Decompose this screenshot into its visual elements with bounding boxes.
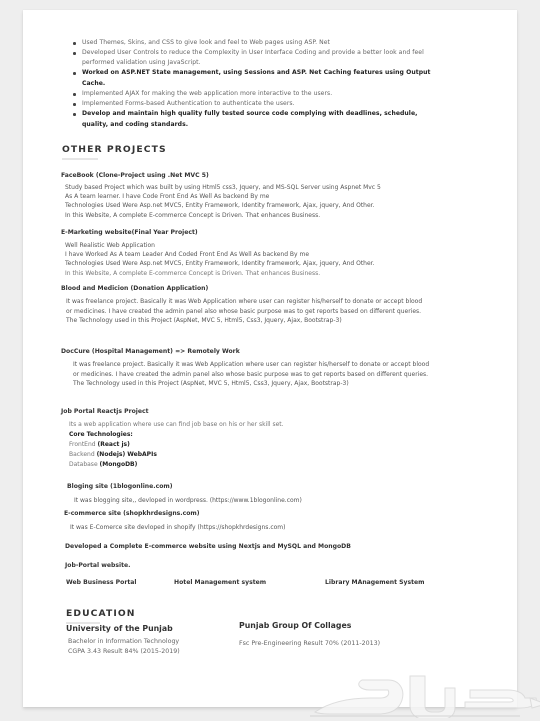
heading-underline	[62, 158, 98, 160]
tech-value: (React js)	[98, 441, 130, 448]
education-degree: Bachelor in Information Technology	[68, 637, 180, 647]
education-school-details: Bachelor in Information Technology CGPA …	[68, 637, 180, 657]
tech-value: (MongoDB)	[100, 461, 138, 468]
project-title-blood: Blood and Medicion (Donation Application…	[61, 285, 208, 292]
resume-page: Used Themes, Skins, and CSS to give look…	[23, 10, 517, 707]
body-line: I have Worked As A team Leader And Coded…	[65, 250, 375, 259]
education-school-details: Fsc Pre-Engineering Result 70% (2011-201…	[239, 639, 380, 649]
bullet-item: Implemented Forms-based Authentication t…	[73, 99, 443, 109]
tech-label: Backend	[69, 451, 97, 458]
tech-label: FrontEnd	[69, 441, 98, 448]
body-line: Technologies Used Were Asp.net MVC5, Ent…	[65, 259, 375, 268]
tech-frontend: FrontEnd (React js)	[69, 440, 284, 450]
project-title-jobportal: Job Portal Reactjs Project	[61, 408, 149, 415]
haraj-logo-icon	[310, 668, 540, 718]
body-line: Its a web application where use can find…	[69, 420, 284, 430]
education-degree: Fsc Pre-Engineering Result 70% (2011-201…	[239, 639, 380, 649]
core-label-text: Core Technologies:	[69, 431, 133, 438]
bullet-item: Implemented AJAX for making the web appl…	[73, 89, 443, 99]
tech-database: Database (MongoDB)	[69, 460, 284, 470]
tech-value: (Nodejs) WebAPIs	[97, 451, 157, 458]
education-school-name: Punjab Group Of Collages	[239, 621, 351, 630]
project-body-emarketing: Well Realistic Web Application I have Wo…	[65, 241, 375, 278]
project-body-jobportal: Its a web application where use can find…	[69, 420, 284, 470]
tech-backend: Backend (Nodejs) WebAPIs	[69, 450, 284, 460]
bullet-item: Develop and maintain high quality fully …	[73, 109, 443, 130]
education-school-name: University of the Punjab	[66, 624, 173, 633]
body-line: Technologies Used Were Asp.net MVC5, Ent…	[65, 201, 381, 210]
experience-bullets: Used Themes, Skins, and CSS to give look…	[73, 38, 443, 130]
bullet-item: Worked on ASP.NET State management, usin…	[73, 68, 443, 89]
core-technologies-label: Core Technologies:	[69, 430, 284, 440]
body-line: In this Website, A complete E-commerce C…	[65, 211, 381, 220]
tech-label: Database	[69, 461, 100, 468]
project-body-ecommerce: It was E-Comerce site devloped in shopif…	[70, 523, 285, 532]
other-projects-heading: OTHER PROJECTS	[62, 144, 167, 155]
project-body-blood: It was freelance project. Basically it w…	[66, 297, 426, 326]
body-line: Study based Project which was built by u…	[65, 183, 381, 192]
education-heading: EDUCATION	[66, 608, 136, 619]
project-title-blogging: Bloging site (1blogonline.com)	[67, 483, 173, 490]
project-title-facebook: FaceBook (Clone-Project using .Net MVC 5…	[61, 172, 209, 179]
project-jobportal-site: Job-Portal website.	[65, 562, 130, 569]
project-body-facebook: Study based Project which was built by u…	[65, 183, 381, 220]
education-result: CGPA 3.43 Result 84% (2015-2019)	[68, 647, 180, 657]
body-line: As A team learner. I have Code Front End…	[65, 192, 381, 201]
project-title-ecommerce: E-commerce site (shopkhrdesigns.com)	[64, 510, 200, 517]
body-line: Well Realistic Web Application	[65, 241, 375, 250]
bullet-item: Used Themes, Skins, and CSS to give look…	[73, 38, 443, 48]
project-title-doccure: DocCure (Hospital Management) => Remotel…	[61, 348, 240, 355]
project-nextjs: Developed a Complete E-commerce website …	[65, 543, 351, 550]
bullet-item: Developed User Controls to reduce the Co…	[73, 48, 443, 68]
body-line: In this Website, A complete E-commerce C…	[65, 269, 375, 278]
project-body-doccure: It was freelance project. Basically it w…	[73, 360, 433, 389]
project-hotel-management: Hotel Management system	[174, 579, 266, 586]
project-body-blogging: It was blogging site,, devloped in wordp…	[74, 496, 302, 505]
project-web-business-portal: Web Business Portal	[66, 579, 136, 586]
project-title-emarketing: E-Marketing website(Final Year Project)	[61, 229, 198, 236]
project-library-management: Library MAnagement System	[325, 579, 425, 586]
